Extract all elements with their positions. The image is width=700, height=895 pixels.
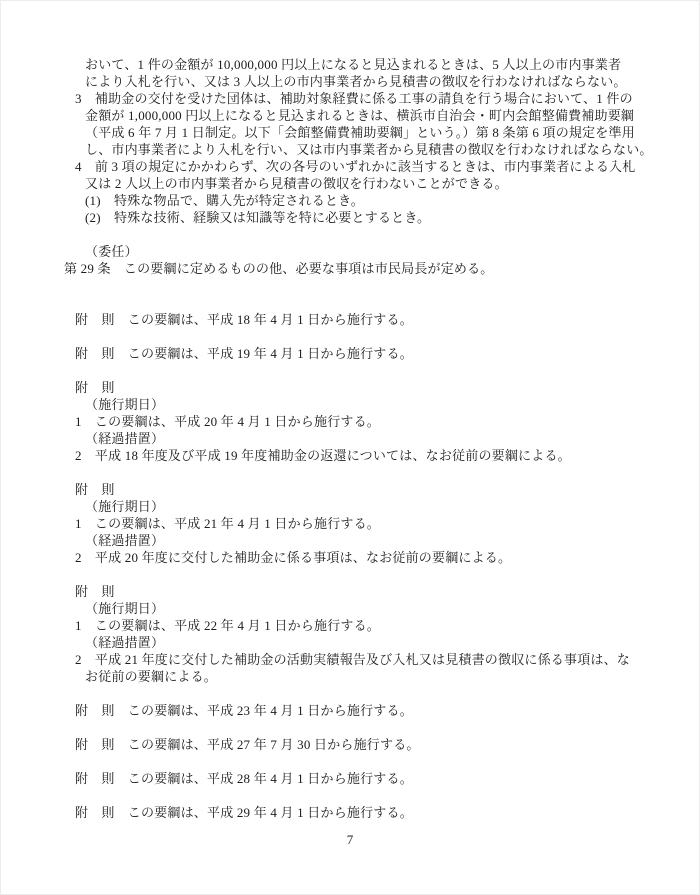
subheading-effective-date: （施行期日）	[64, 600, 642, 617]
fusoku-item-line: 1 この要綱は、平成 20 年 4 月 1 日から施行する。	[64, 413, 642, 430]
document-page: おいて、1 件の金額が 10,000,000 円以上になると見込まれるときは、5…	[0, 0, 700, 895]
fusoku-line: 附 則 この要綱は、平成 19 年 4 月 1 日から施行する。	[64, 345, 642, 362]
fusoku-heading: 附 則	[64, 481, 642, 498]
section-heading-inin: （委任）	[64, 243, 642, 260]
fusoku-line: 附 則 この要綱は、平成 29 年 4 月 1 日から施行する。	[64, 804, 642, 821]
text-line: し、市内事業者により入札を行い、又は市内事業者から見積書の徴収を行わなければなら…	[64, 141, 642, 158]
fusoku-item-line: 2 平成 18 年度及び平成 19 年度補助金の返還については、なお従前の要綱に…	[64, 447, 642, 464]
subheading-transitional: （経過措置）	[64, 634, 642, 651]
text-line: 又は 2 人以上の市内事業者から見積書の徴収を行わないことができる。	[64, 175, 642, 192]
fusoku-line: 附 則 この要綱は、平成 28 年 4 月 1 日から施行する。	[64, 770, 642, 787]
text-line: （平成 6 年 7 月 1 日制定。以下「会館整備費補助要綱」という。）第 8 …	[64, 124, 642, 141]
item-1-line: (1) 特殊な物品で、購入先が特定されるとき。	[64, 192, 642, 209]
fusoku-item-line: 2 平成 21 年度に交付した補助金の活動実績報告及び入札又は見積書の徴収に係る…	[64, 651, 642, 668]
fusoku-heading: 附 則	[64, 583, 642, 600]
text-line: により入札を行い、又は 3 人以上の市内事業者から見積書の徴収を行わなければなら…	[64, 73, 642, 90]
fusoku-item-line: 2 平成 20 年度に交付した補助金に係る事項は、なお従前の要綱による。	[64, 549, 642, 566]
fusoku-item-line: 1 この要綱は、平成 21 年 4 月 1 日から施行する。	[64, 515, 642, 532]
item-2-line: (2) 特殊な技術、経験又は知識等を特に必要とするとき。	[64, 209, 642, 226]
fusoku-heading: 附 則	[64, 379, 642, 396]
subheading-effective-date: （施行期日）	[64, 396, 642, 413]
subheading-effective-date: （施行期日）	[64, 498, 642, 515]
text-line: 金額が 1,000,000 円以上になると見込まれるときは、横浜市自治会・町内会…	[64, 107, 642, 124]
text-line: お従前の要綱による。	[64, 668, 642, 685]
document-body: おいて、1 件の金額が 10,000,000 円以上になると見込まれるときは、5…	[64, 56, 642, 821]
paragraph-4-line: 4 前 3 項の規定にかかわらず、次の各号のいずれかに該当するときは、市内事業者…	[64, 158, 642, 175]
page-number: 7	[0, 831, 700, 848]
fusoku-line: 附 則 この要綱は、平成 27 年 7 月 30 日から施行する。	[64, 736, 642, 753]
text-line: おいて、1 件の金額が 10,000,000 円以上になると見込まれるときは、5…	[64, 56, 642, 73]
fusoku-item-line: 1 この要綱は、平成 22 年 4 月 1 日から施行する。	[64, 617, 642, 634]
subheading-transitional: （経過措置）	[64, 430, 642, 447]
fusoku-line: 附 則 この要綱は、平成 23 年 4 月 1 日から施行する。	[64, 702, 642, 719]
fusoku-line: 附 則 この要綱は、平成 18 年 4 月 1 日から施行する。	[64, 311, 642, 328]
article-29-line: 第 29 条 この要綱に定めるものの他、必要な事項は市民局長が定める。	[64, 260, 642, 277]
paragraph-3-line: 3 補助金の交付を受けた団体は、補助対象経費に係る工事の請負を行う場合において、…	[64, 90, 642, 107]
subheading-transitional: （経過措置）	[64, 532, 642, 549]
